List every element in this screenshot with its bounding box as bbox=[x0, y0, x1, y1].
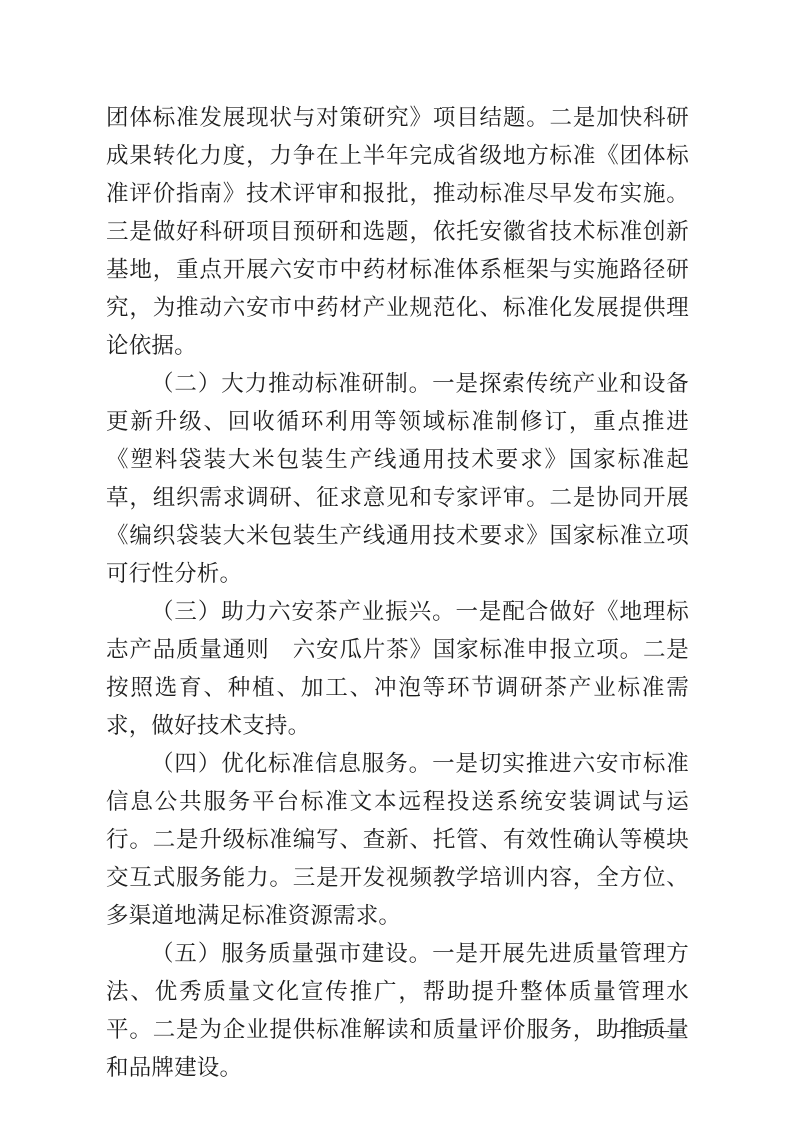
body-paragraph-section-3: （三）助力六安茶产业振兴。一是配合做好《地理标志产品质量通则 六安瓜片茶》国家标… bbox=[106, 593, 689, 745]
document-page: 团体标准发展现状与对策研究》项目结题。二是加快科研成果转化力度，力争在上半年完成… bbox=[0, 0, 793, 1122]
document-body: 团体标准发展现状与对策研究》项目结题。二是加快科研成果转化力度，力争在上半年完成… bbox=[106, 99, 689, 1087]
body-paragraph-section-4: （四）优化标准信息服务。一是切实推进六安市标准信息公共服务平台标准文本远程投送系… bbox=[106, 745, 689, 935]
body-paragraph-section-2: （二）大力推动标准研制。一是探索传统产业和设备更新升级、回收循环利用等领域标准制… bbox=[106, 365, 689, 593]
page-number: – 5 – bbox=[617, 1020, 673, 1041]
body-paragraph-section-5: （五）服务质量强市建设。一是开展先进质量管理方法、优秀质量文化宣传推广，帮助提升… bbox=[106, 935, 689, 1087]
body-paragraph-continuation: 团体标准发展现状与对策研究》项目结题。二是加快科研成果转化力度，力争在上半年完成… bbox=[106, 99, 689, 365]
